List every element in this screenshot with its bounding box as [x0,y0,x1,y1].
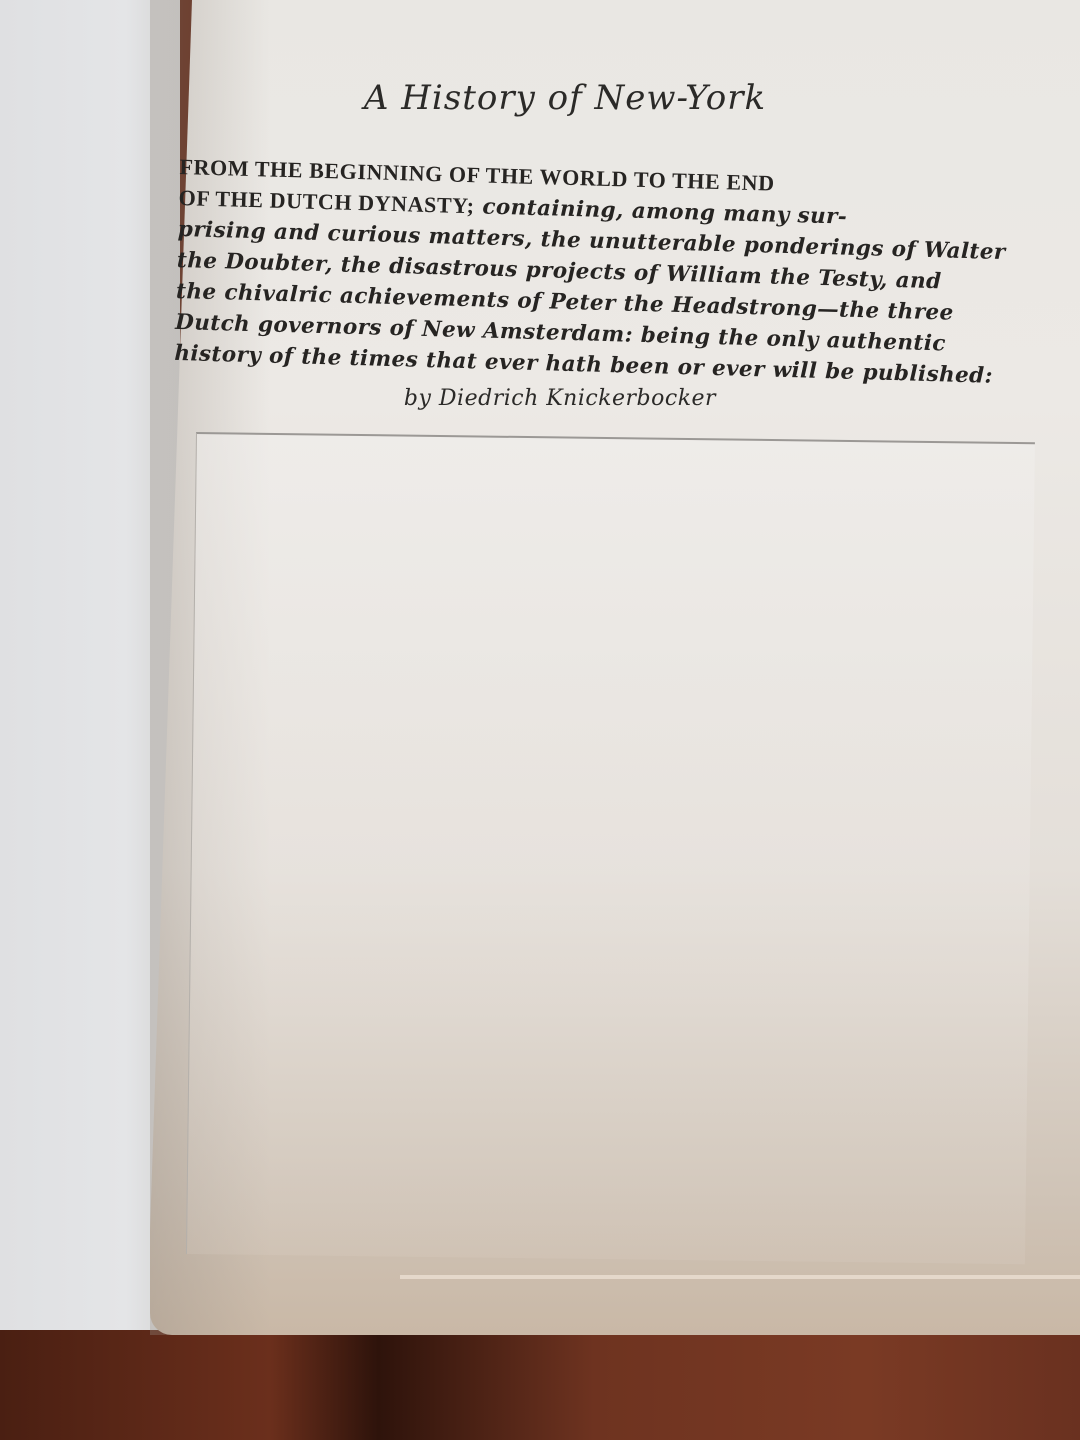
page-edge-highlight [400,1275,1080,1279]
illustration-plate-frame [186,432,1035,1264]
book-title: A History of New-York [330,78,800,118]
subtitle-paragraph: FROM THE BEGINNING OF THE WORLD TO THE E… [174,152,940,390]
author-byline: by Diedrich Knickerbocker [380,386,740,411]
left-page [0,0,180,1330]
